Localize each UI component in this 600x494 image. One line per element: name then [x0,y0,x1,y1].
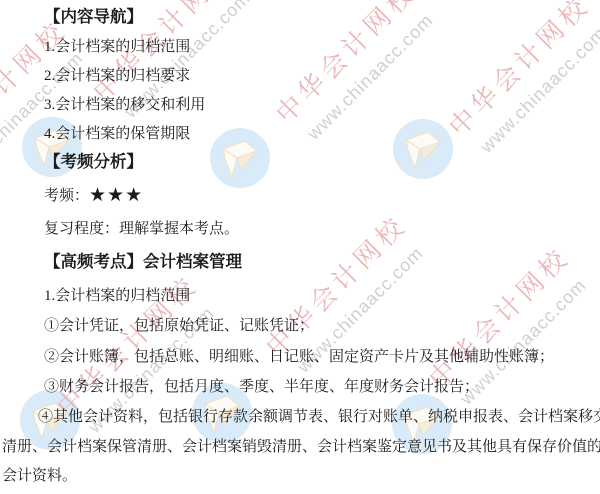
review-note-line: 复习程度：理解掌握本考点。 [44,219,239,239]
frequency-label: 考频： [44,188,89,204]
frequency-stars: ★★★ [89,185,143,206]
keypoint-heading: 【高频考点】会计档案管理 [44,252,242,272]
keypoint-item-4-line-2: 清册、会计档案保管清册、会计档案销毁清册、会计档案鉴定意见书及其他具有保存价值的 [2,437,600,457]
document-content: 【内容导航】 1.会计档案的归档范围 2.会计档案的归档要求 3.会计档案的移交… [0,0,600,494]
analysis-heading: 【考频分析】 [44,152,143,172]
nav-item-3: 3.会计档案的移交和利用 [44,95,205,115]
keypoint-item-4-line-1: ④其他会计资料，包括银行存款余额调节表、银行对账单、纳税申报表、会计档案移交 [38,407,600,427]
keypoint-subtitle: 1.会计档案的归档范围 [44,286,190,306]
study-notes-page: 中华会计网校 www.chinaacc.com 中华会计网校 www.china… [0,0,600,494]
frequency-line: 考频：★★★ [44,186,143,206]
nav-item-1: 1.会计档案的归档范围 [44,37,190,57]
nav-item-4: 4.会计档案的保管期限 [44,124,190,144]
nav-item-2: 2.会计档案的归档要求 [44,66,190,86]
keypoint-item-1: ①会计凭证，包括原始凭证、记账凭证； [44,316,314,336]
nav-heading: 【内容导航】 [44,7,143,27]
keypoint-item-4-line-3: 会计资料。 [2,466,77,486]
keypoint-item-3: ③财务会计报告，包括月度、季度、半年度、年度财务会计报告； [44,377,479,397]
keypoint-item-2: ②会计账簿，包括总账、明细账、日记账、固定资产卡片及其他辅助性账簿； [44,347,554,367]
